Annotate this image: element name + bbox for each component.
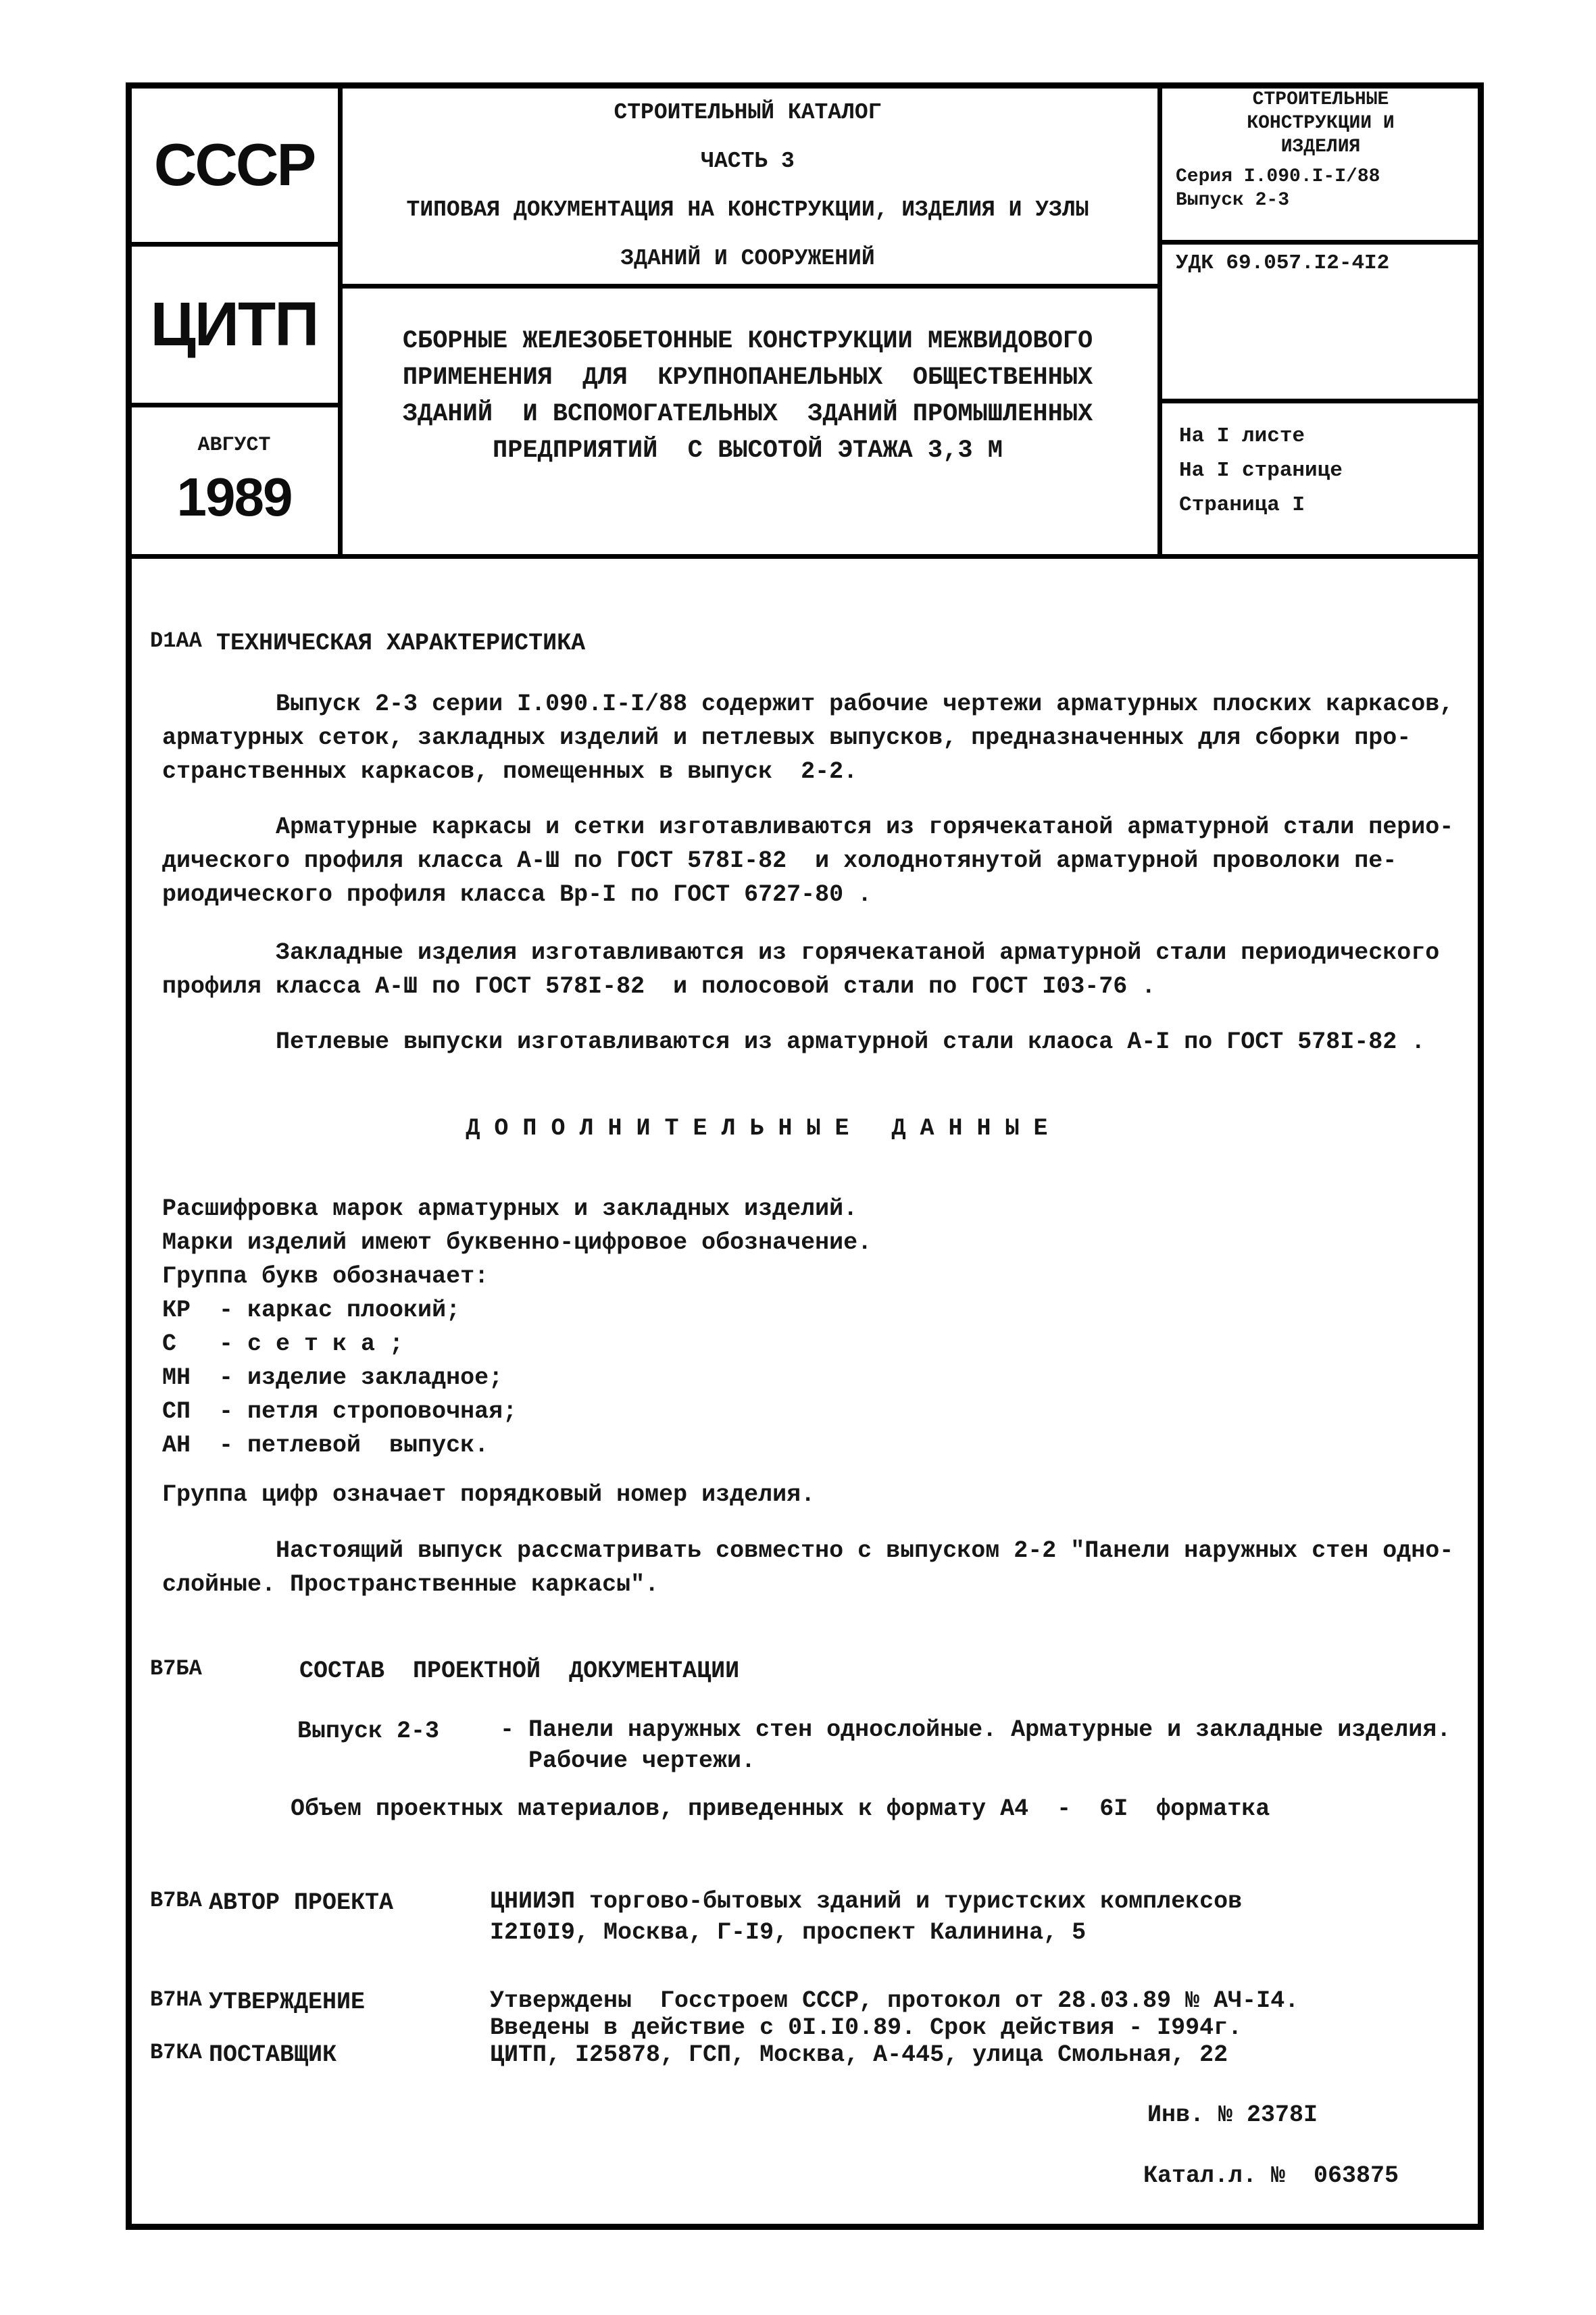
paragraph-frames-steel: Арматурные каркасы и сетки изготавливают… [162, 810, 1453, 912]
section-code-b7na: В7НА [150, 1987, 202, 2012]
section-label: СТРОИТЕЛЬНЫЕ КОНСТРУКЦИИ И ИЗДЕЛИЯ [1162, 88, 1479, 159]
publisher-label: ЦИТП [151, 289, 318, 360]
catalog-sheet-number: Катал.л. № 063875 [1143, 2159, 1399, 2193]
paragraph-digit-group: Группа цифр означает порядковый номер из… [162, 1478, 815, 1512]
country-label: СССР [154, 130, 314, 199]
catalog-info-cell: СТРОИТЕЛЬНЫЙ КАТАЛОГ ЧАСТЬ 3 ТИПОВАЯ ДОК… [343, 88, 1153, 284]
section-title-supplier: ПОСТАВЩИК [209, 2038, 336, 2072]
paragraph-issue-contents: Выпуск 2-3 серии I.090.I-I/88 содержит р… [162, 687, 1453, 789]
section-title-technical: ТЕХНИЧЕСКАЯ ХАРАКТЕРИСТИКА [216, 626, 585, 660]
approval-text: Утверждены Госстроем СССР, протокол от 2… [490, 1987, 1299, 2041]
paragraph-loop-steel: Петлевые выпуски изготавливаются из арма… [162, 1025, 1425, 1059]
header-divider-catalog [338, 284, 1162, 289]
issue-item-text: - Панели наружных стен однослойные. Арма… [500, 1714, 1451, 1776]
catalog-sheet-page: СССР ЦИТП АВГУСТ 1989 СТРОИТЕЛЬНЫЙ КАТАЛ… [0, 0, 1596, 2315]
section-code-b7ba: В7БА [150, 1656, 202, 1681]
date-cell: АВГУСТ 1989 [130, 407, 338, 554]
section-code-d1aa: D1АА [150, 628, 202, 653]
inventory-number: Инв. № 2378I [1147, 2098, 1318, 2132]
section-title-composition: СОСТАВ ПРОЕКТНОЙ ДОКУМЕНТАЦИИ [299, 1654, 739, 1688]
header-divider-series [1157, 240, 1484, 245]
header-divider-col2 [1157, 82, 1162, 554]
issue-year: 1989 [177, 466, 292, 528]
section-code-b7ka: В7КА [150, 2040, 202, 2065]
country-cell: СССР [130, 87, 338, 242]
supplier-text: ЦИТП, I25878, ГСП, Москва, А-445, улица … [490, 2038, 1228, 2072]
author-text: ЦНИИЭП торгово-бытовых зданий и туристск… [490, 1886, 1242, 1948]
header-divider-udk [1157, 399, 1484, 403]
header-bottom-line [126, 554, 1484, 559]
paragraph-see-also: Настоящий выпуск рассматривать совместно… [162, 1534, 1453, 1601]
catalog-info: СТРОИТЕЛЬНЫЙ КАТАЛОГ ЧАСТЬ 3 ТИПОВАЯ ДОК… [407, 89, 1089, 283]
header-divider-citp [126, 403, 343, 407]
volume-line: Объем проектных материалов, приведенных … [291, 1792, 1270, 1826]
section-title-author: АВТОР ПРОЕКТА [209, 1886, 393, 1920]
header-divider-col1 [338, 82, 343, 554]
issue-number: Выпуск 2-3 [1176, 189, 1289, 212]
udk-number: УДК 69.057.I2-4I2 [1176, 251, 1389, 275]
document-title: СБОРНЫЕ ЖЕЛЕЗОБЕТОННЫЕ КОНСТРУКЦИИ МЕЖВИ… [343, 323, 1153, 469]
header-divider-cccp [126, 242, 343, 247]
series-number: Серия I.090.I-I/88 [1176, 165, 1380, 189]
sheet-info: На I листе На I странице Страница I [1179, 419, 1343, 522]
section-code-b7va: В7ВА [150, 1888, 202, 1913]
issue-month: АВГУСТ [197, 434, 270, 457]
paragraph-embedded-steel: Закладные изделия изготавливаются из гор… [162, 936, 1439, 1003]
issue-item-label: Выпуск 2-3 [297, 1714, 439, 1748]
marks-decoding-list: Расшифровка марок арматурных и закладных… [162, 1192, 872, 1462]
additional-data-title: Д О П О Л Н И Т Е Л Ь Н Ы Е Д А Н Н Ы Е [162, 1112, 1351, 1145]
publisher-cell: ЦИТП [130, 247, 338, 403]
section-title-approval: УТВЕРЖДЕНИЕ [209, 1985, 365, 2019]
